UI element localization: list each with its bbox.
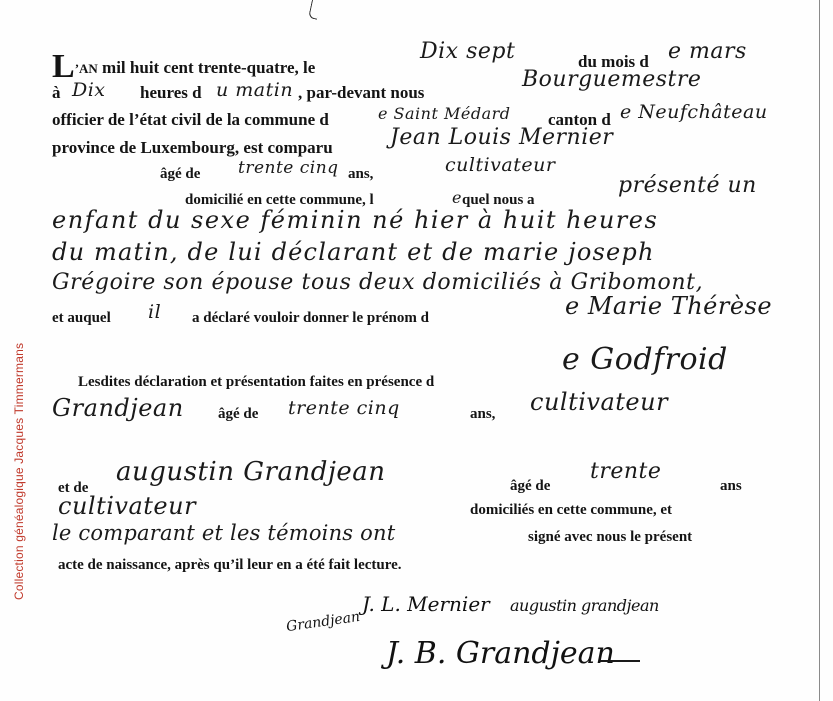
printed-text: officier de l’état civil de la commune d — [52, 110, 329, 130]
handwritten-commune: e Saint Médard — [378, 104, 511, 124]
printed-text: heures d — [140, 83, 202, 103]
handwritten-residence: Grégoire son épouse tous deux domiciliés… — [52, 273, 703, 293]
signature-official: J. B. Grandjean — [386, 636, 615, 671]
handwritten-witness1-firstname: e Godfroid — [562, 350, 728, 370]
handwritten-age: trente cinq — [238, 158, 339, 178]
printed-text: âgé de — [218, 404, 258, 424]
handwritten-witness2-profession: cultivateur — [58, 496, 196, 516]
printed-text: , par-devant nous — [298, 83, 424, 103]
handwritten-declarant-name: Jean Louis Mernier — [390, 128, 613, 148]
handwritten-hour: Dix — [72, 80, 106, 100]
handwritten-day: Dix sept — [420, 42, 515, 62]
handwritten-canton: e Neufchâteau — [620, 102, 768, 122]
smallcaps-an: ’AN — [75, 61, 98, 76]
handwritten-witness1-profession: cultivateur — [530, 392, 668, 412]
handwritten-signing-clause: le comparant et les témoins ont — [52, 523, 395, 543]
document-page: Collection généalogique Jacques Timmerma… — [0, 0, 833, 701]
printed-text: et auquel — [52, 308, 111, 328]
printed-text: à — [52, 83, 61, 103]
printed-text: province de Luxembourg, est comparu — [52, 138, 333, 158]
printed-text: a déclaré vouloir donner le prénom d — [192, 308, 429, 328]
handwritten-profession: cultivateur — [445, 155, 555, 175]
handwritten-birth-details: enfant du sexe féminin né hier à huit he… — [52, 210, 658, 230]
handwritten-witness2-name: augustin Grandjean — [116, 462, 386, 482]
watermark-text: Collection généalogique Jacques Timmerma… — [12, 343, 26, 600]
handwritten-witness1-surname: Grandjean — [52, 398, 184, 418]
printed-text: mil huit cent trente-quatre, le — [102, 58, 315, 77]
printed-text: signé avec nous le présent — [528, 527, 692, 547]
handwritten-time: u matin — [216, 80, 293, 100]
printed-text: acte de naissance, après qu’il leur en a… — [58, 555, 402, 575]
signature-witness1: Grandjean — [285, 609, 361, 635]
printed-text: ans — [720, 476, 742, 496]
handwritten-witness1-age: trente cinq — [288, 398, 400, 418]
printed-text: âgé de — [510, 476, 550, 496]
handwritten-month: e mars — [668, 42, 747, 62]
handwritten-pronoun: il — [148, 302, 161, 322]
signature-witness2: augustin grandjean — [510, 596, 659, 615]
handwritten-parents: du matin, de lui déclarant et de marie j… — [52, 242, 655, 262]
handwritten-child-firstname: e Marie Thérèse — [565, 296, 772, 316]
printed-text: âgé de — [160, 164, 200, 184]
printed-text: ans, — [348, 164, 373, 184]
ink-stroke-top — [308, 0, 321, 20]
printed-text: ans, — [470, 404, 495, 424]
handwritten-text: présenté un — [618, 176, 757, 196]
handwritten-official-title: Bourguemestre — [522, 70, 701, 90]
signature-flourish — [600, 660, 640, 662]
handwritten-witness2-age: trente — [590, 462, 661, 482]
handwritten-text: e — [452, 188, 462, 208]
printed-text: domiciliés en cette commune, et — [470, 500, 672, 520]
record-line-1: L’AN mil huit cent trente-quatre, le — [52, 52, 315, 82]
printed-text: Lesdites déclaration et présentation fai… — [78, 372, 434, 392]
signature-declarant: J. L. Mernier — [362, 592, 490, 616]
page-edge-line — [819, 0, 820, 701]
